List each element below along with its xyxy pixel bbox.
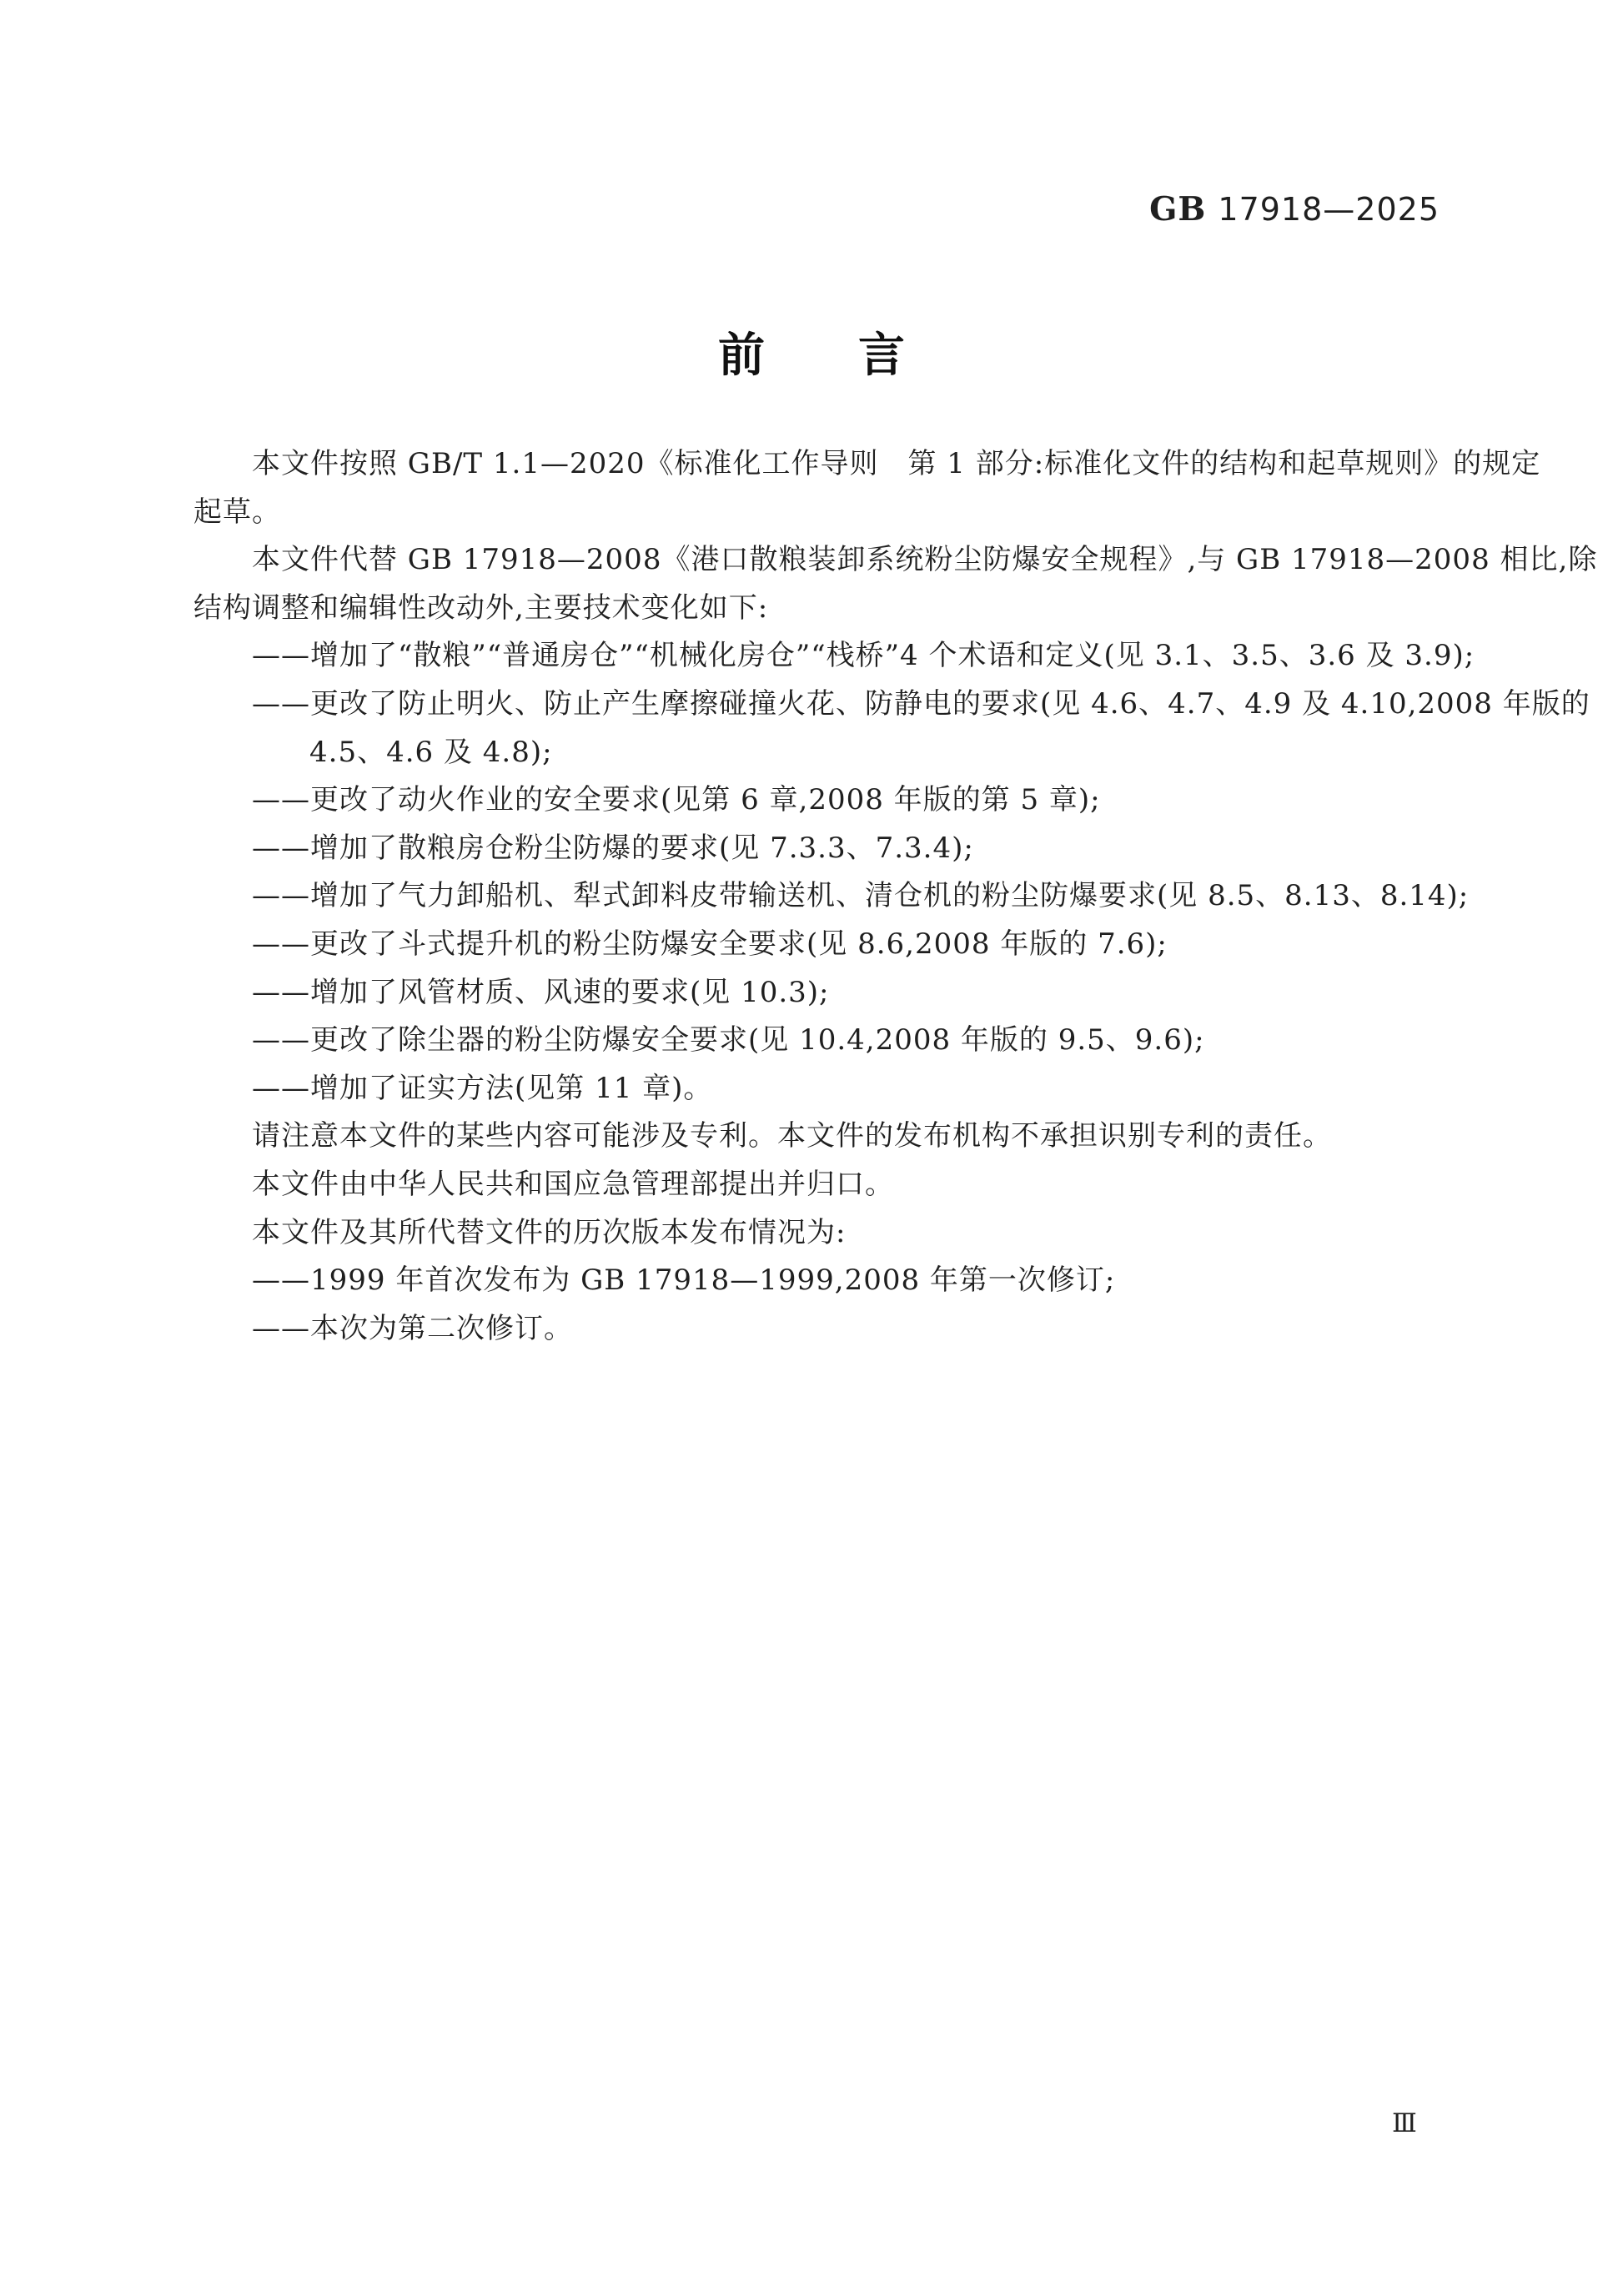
- text-line: 本文件代替 GB 17918—2008《港口散粮装卸系统粉尘防爆安全规程》,与 …: [193, 536, 1445, 585]
- foreword-body: 本文件按照 GB/T 1.1—2020《标准化工作导则 第 1 部分:标准化文件…: [193, 440, 1445, 1353]
- standard-code-prefix: GB: [1149, 190, 1206, 229]
- standard-code-number: 17918—2025: [1218, 191, 1440, 228]
- page-title: 前 言: [0, 332, 1623, 379]
- list-item: ——1999 年首次发布为 GB 17918—1999,2008 年第一次修订;: [193, 1257, 1445, 1305]
- standard-code: GB17918—2025: [1149, 190, 1440, 229]
- text-line: 起草。: [193, 489, 1445, 537]
- list-item: ——本次为第二次修订。: [193, 1305, 1445, 1354]
- text-line: 本文件及其所代替文件的历次版本发布情况为:: [193, 1209, 1445, 1258]
- list-item: ——增加了“散粮”“普通房仓”“机械化房仓”“栈桥”4 个术语和定义(见 3.1…: [193, 632, 1445, 681]
- list-item: ——更改了除尘器的粉尘防爆安全要求(见 10.4,2008 年版的 9.5、9.…: [193, 1017, 1445, 1065]
- document-page: GB17918—2025 前 言 本文件按照 GB/T 1.1—2020《标准化…: [0, 0, 1623, 2296]
- list-item: ——更改了防止明火、防止产生摩擦碰撞火花、防静电的要求(见 4.6、4.7、4.…: [193, 681, 1445, 729]
- text-line: 本文件由中华人民共和国应急管理部提出并归口。: [193, 1161, 1445, 1209]
- list-item: ——更改了斗式提升机的粉尘防爆安全要求(见 8.6,2008 年版的 7.6);: [193, 921, 1445, 969]
- page-number: Ⅲ: [1392, 2108, 1417, 2138]
- list-item: ——增加了风管材质、风速的要求(见 10.3);: [193, 969, 1445, 1017]
- text-line: 请注意本文件的某些内容可能涉及专利。本文件的发布机构不承担识别专利的责任。: [193, 1113, 1445, 1161]
- text-line: 结构调整和编辑性改动外,主要技术变化如下:: [193, 585, 1445, 633]
- list-item: ——更改了动火作业的安全要求(见第 6 章,2008 年版的第 5 章);: [193, 776, 1445, 825]
- list-item: ——增加了散粮房仓粉尘防爆的要求(见 7.3.3、7.3.4);: [193, 825, 1445, 873]
- list-item-continuation: 4.5、4.6 及 4.8);: [193, 729, 1445, 777]
- list-item: ——增加了气力卸船机、犁式卸料皮带输送机、清仓机的粉尘防爆要求(见 8.5、8.…: [193, 872, 1445, 921]
- text-line: 本文件按照 GB/T 1.1—2020《标准化工作导则 第 1 部分:标准化文件…: [193, 440, 1445, 489]
- list-item: ——增加了证实方法(见第 11 章)。: [193, 1065, 1445, 1113]
